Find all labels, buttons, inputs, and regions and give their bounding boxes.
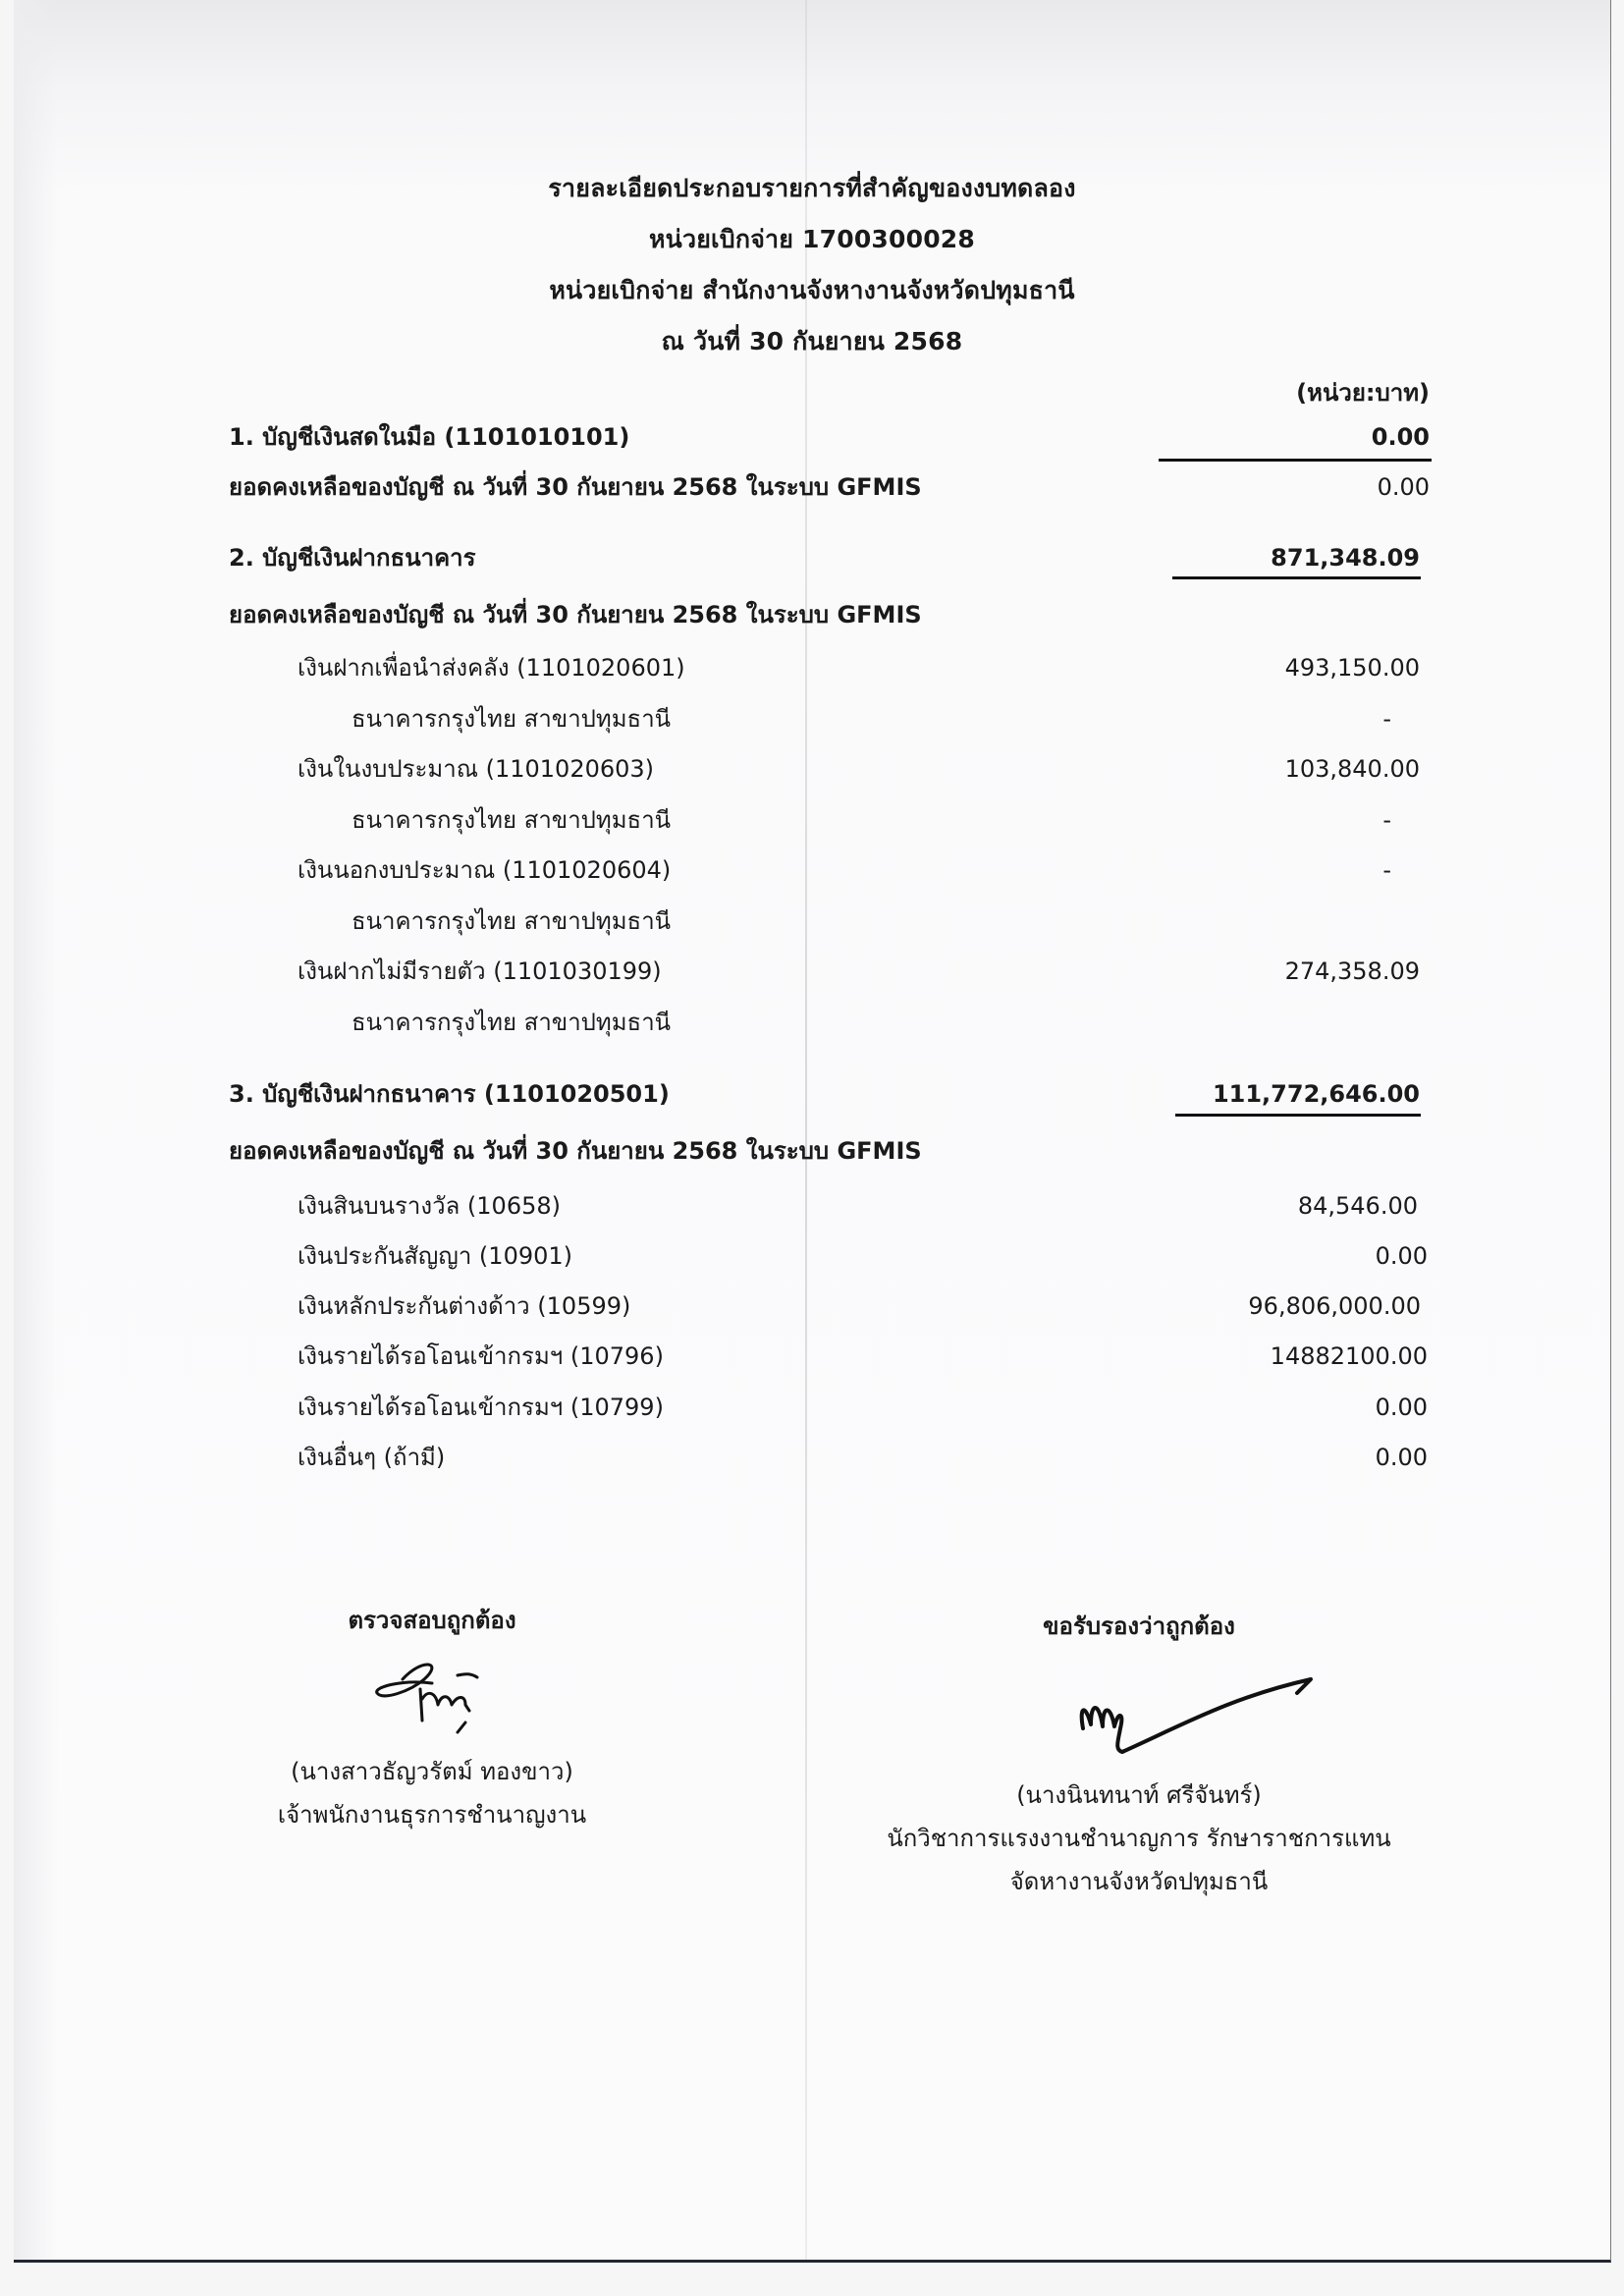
- item-label: เงินสินบนรางวัล (10658): [298, 1186, 561, 1226]
- title-line-1: รายละเอียดประกอบรายการที่สำคัญของงบทดลอง: [0, 163, 1624, 214]
- list-item: เงินหลักประกันต่างด้าว (10599) 96,806,00…: [0, 1286, 1624, 1326]
- item-label: เงินประกันสัญญา (10901): [298, 1236, 572, 1276]
- list-item-bank: ธนาคารกรุงไทย สาขาปทุมธานี: [0, 902, 1624, 941]
- section-2-balance-row: ยอดคงเหลือของบัญชี ณ วันที่ 30 กันยายน 2…: [0, 595, 1624, 634]
- section-3-balance-row: ยอดคงเหลือของบัญชี ณ วันที่ 30 กันยายน 2…: [0, 1131, 1624, 1171]
- item-label: เงินฝากไม่มีรายตัว (1101030199): [298, 952, 662, 991]
- item-label: เงินหลักประกันต่างด้าว (10599): [298, 1286, 630, 1326]
- bank-value: -: [1382, 800, 1391, 840]
- list-item: เงินฝากไม่มีรายตัว (1101030199) 274,358.…: [0, 952, 1624, 991]
- item-value: 493,150.00: [1285, 648, 1420, 687]
- certifier-name: (นางนินทนาท์ ศรีจันทร์): [879, 1774, 1399, 1817]
- signature-block-certifier: ขอรับรองว่าถูกต้อง (นางนินทนาท์ ศรีจันทร…: [879, 1605, 1399, 1903]
- section-2-heading-row: 2. บัญชีเงินฝากธนาคาร 871,348.09: [0, 538, 1624, 577]
- section-2-total: 871,348.09: [1271, 538, 1420, 577]
- item-value: 14882100.00: [1271, 1337, 1428, 1376]
- list-item-bank: ธนาคารกรุงไทย สาขาปทุมธานี -: [0, 800, 1624, 840]
- item-label: เงินรายได้รอโอนเข้ากรมฯ (10799): [298, 1388, 664, 1427]
- certifier-position-line-2: จัดหางานจังหวัดปทุมธานี: [879, 1860, 1399, 1903]
- certifier-heading: ขอรับรองว่าถูกต้อง: [879, 1605, 1399, 1648]
- verifier-heading: ตรวจสอบถูกต้อง: [245, 1599, 619, 1642]
- unit-label: (หน่วย:บาท): [1296, 373, 1430, 411]
- section-1-total-underline: [1159, 459, 1432, 462]
- item-label: เงินอื่นๆ (ถ้ามี): [298, 1438, 445, 1477]
- section-3-heading-row: 3. บัญชีเงินฝากธนาคาร (1101020501) 111,7…: [0, 1074, 1624, 1114]
- section-1-heading: 1. บัญชีเงินสดในมือ (1101010101): [229, 417, 629, 457]
- item-value: 0.00: [1376, 1388, 1428, 1427]
- bank-label: ธนาคารกรุงไทย สาขาปทุมธานี: [352, 902, 671, 941]
- section-3-total: 111,772,646.00: [1213, 1074, 1420, 1114]
- item-label: เงินฝากเพื่อนำส่งคลัง (1101020601): [298, 648, 685, 687]
- verifier-signature-icon: [363, 1650, 501, 1748]
- item-label: เงินรายได้รอโอนเข้ากรมฯ (10796): [298, 1337, 664, 1376]
- list-item-bank: ธนาคารกรุงไทย สาขาปทุมธานี -: [0, 699, 1624, 738]
- section-1-balance-label: ยอดคงเหลือของบัญชี ณ วันที่ 30 กันยายน 2…: [229, 467, 922, 507]
- section-1-balance-value: 0.00: [1378, 467, 1430, 507]
- title-line-4: ณ วันที่ 30 กันยายน 2568: [0, 316, 1624, 367]
- section-1-heading-row: 1. บัญชีเงินสดในมือ (1101010101) 0.00: [0, 417, 1624, 457]
- title-line-2: หน่วยเบิกจ่าย 1700300028: [0, 214, 1624, 265]
- certifier-position-line-1: นักวิชาการแรงงานชำนาญการ รักษาราชการแทน: [879, 1817, 1399, 1860]
- section-1-total: 0.00: [1372, 417, 1430, 457]
- item-value: 0.00: [1376, 1236, 1428, 1276]
- verifier-name: (นางสาวธัญวรัตม์ ทองขาว): [245, 1750, 619, 1793]
- item-value: 84,546.00: [1298, 1186, 1418, 1226]
- list-item: เงินนอกงบประมาณ (1101020604) -: [0, 850, 1624, 890]
- list-item: เงินในงบประมาณ (1101020603) 103,840.00: [0, 749, 1624, 789]
- bank-label: ธนาคารกรุงไทย สาขาปทุมธานี: [352, 699, 671, 738]
- list-item-bank: ธนาคารกรุงไทย สาขาปทุมธานี: [0, 1003, 1624, 1042]
- item-value: 96,806,000.00: [1248, 1286, 1421, 1326]
- item-value: 274,358.09: [1285, 952, 1420, 991]
- section-3-total-underline: [1175, 1114, 1421, 1117]
- list-item: เงินประกันสัญญา (10901) 0.00: [0, 1236, 1624, 1276]
- section-2-balance-label: ยอดคงเหลือของบัญชี ณ วันที่ 30 กันยายน 2…: [229, 595, 922, 634]
- item-value: -: [1382, 850, 1391, 890]
- list-item: เงินรายได้รอโอนเข้ากรมฯ (10796) 14882100…: [0, 1337, 1624, 1376]
- certifier-signature-icon: [1065, 1656, 1321, 1774]
- section-2-heading: 2. บัญชีเงินฝากธนาคาร: [229, 538, 476, 577]
- list-item: เงินรายได้รอโอนเข้ากรมฯ (10799) 0.00: [0, 1388, 1624, 1427]
- bank-value: -: [1382, 699, 1391, 738]
- item-label: เงินนอกงบประมาณ (1101020604): [298, 850, 671, 890]
- document-title: รายละเอียดประกอบรายการที่สำคัญของงบทดลอง…: [0, 163, 1624, 367]
- verifier-position: เจ้าพนักงานธุรการชำนาญงาน: [245, 1793, 619, 1836]
- item-value: 103,840.00: [1285, 749, 1420, 789]
- section-3-balance-label: ยอดคงเหลือของบัญชี ณ วันที่ 30 กันยายน 2…: [229, 1131, 922, 1171]
- section-2-total-underline: [1172, 576, 1421, 579]
- item-value: 0.00: [1376, 1438, 1428, 1477]
- signature-block-verifier: ตรวจสอบถูกต้อง (นางสาวธัญวรัตม์ ทองขาว) …: [245, 1599, 619, 1836]
- section-1-balance-row: ยอดคงเหลือของบัญชี ณ วันที่ 30 กันยายน 2…: [0, 467, 1624, 507]
- item-label: เงินในงบประมาณ (1101020603): [298, 749, 654, 789]
- title-line-3: หน่วยเบิกจ่าย สำนักงานจังหางานจังหวัดปทุ…: [0, 265, 1624, 316]
- list-item: เงินอื่นๆ (ถ้ามี) 0.00: [0, 1438, 1624, 1477]
- list-item: เงินสินบนรางวัล (10658) 84,546.00: [0, 1186, 1624, 1226]
- list-item: เงินฝากเพื่อนำส่งคลัง (1101020601) 493,1…: [0, 648, 1624, 687]
- section-3-heading: 3. บัญชีเงินฝากธนาคาร (1101020501): [229, 1074, 670, 1114]
- bank-label: ธนาคารกรุงไทย สาขาปทุมธานี: [352, 1003, 671, 1042]
- bank-label: ธนาคารกรุงไทย สาขาปทุมธานี: [352, 800, 671, 840]
